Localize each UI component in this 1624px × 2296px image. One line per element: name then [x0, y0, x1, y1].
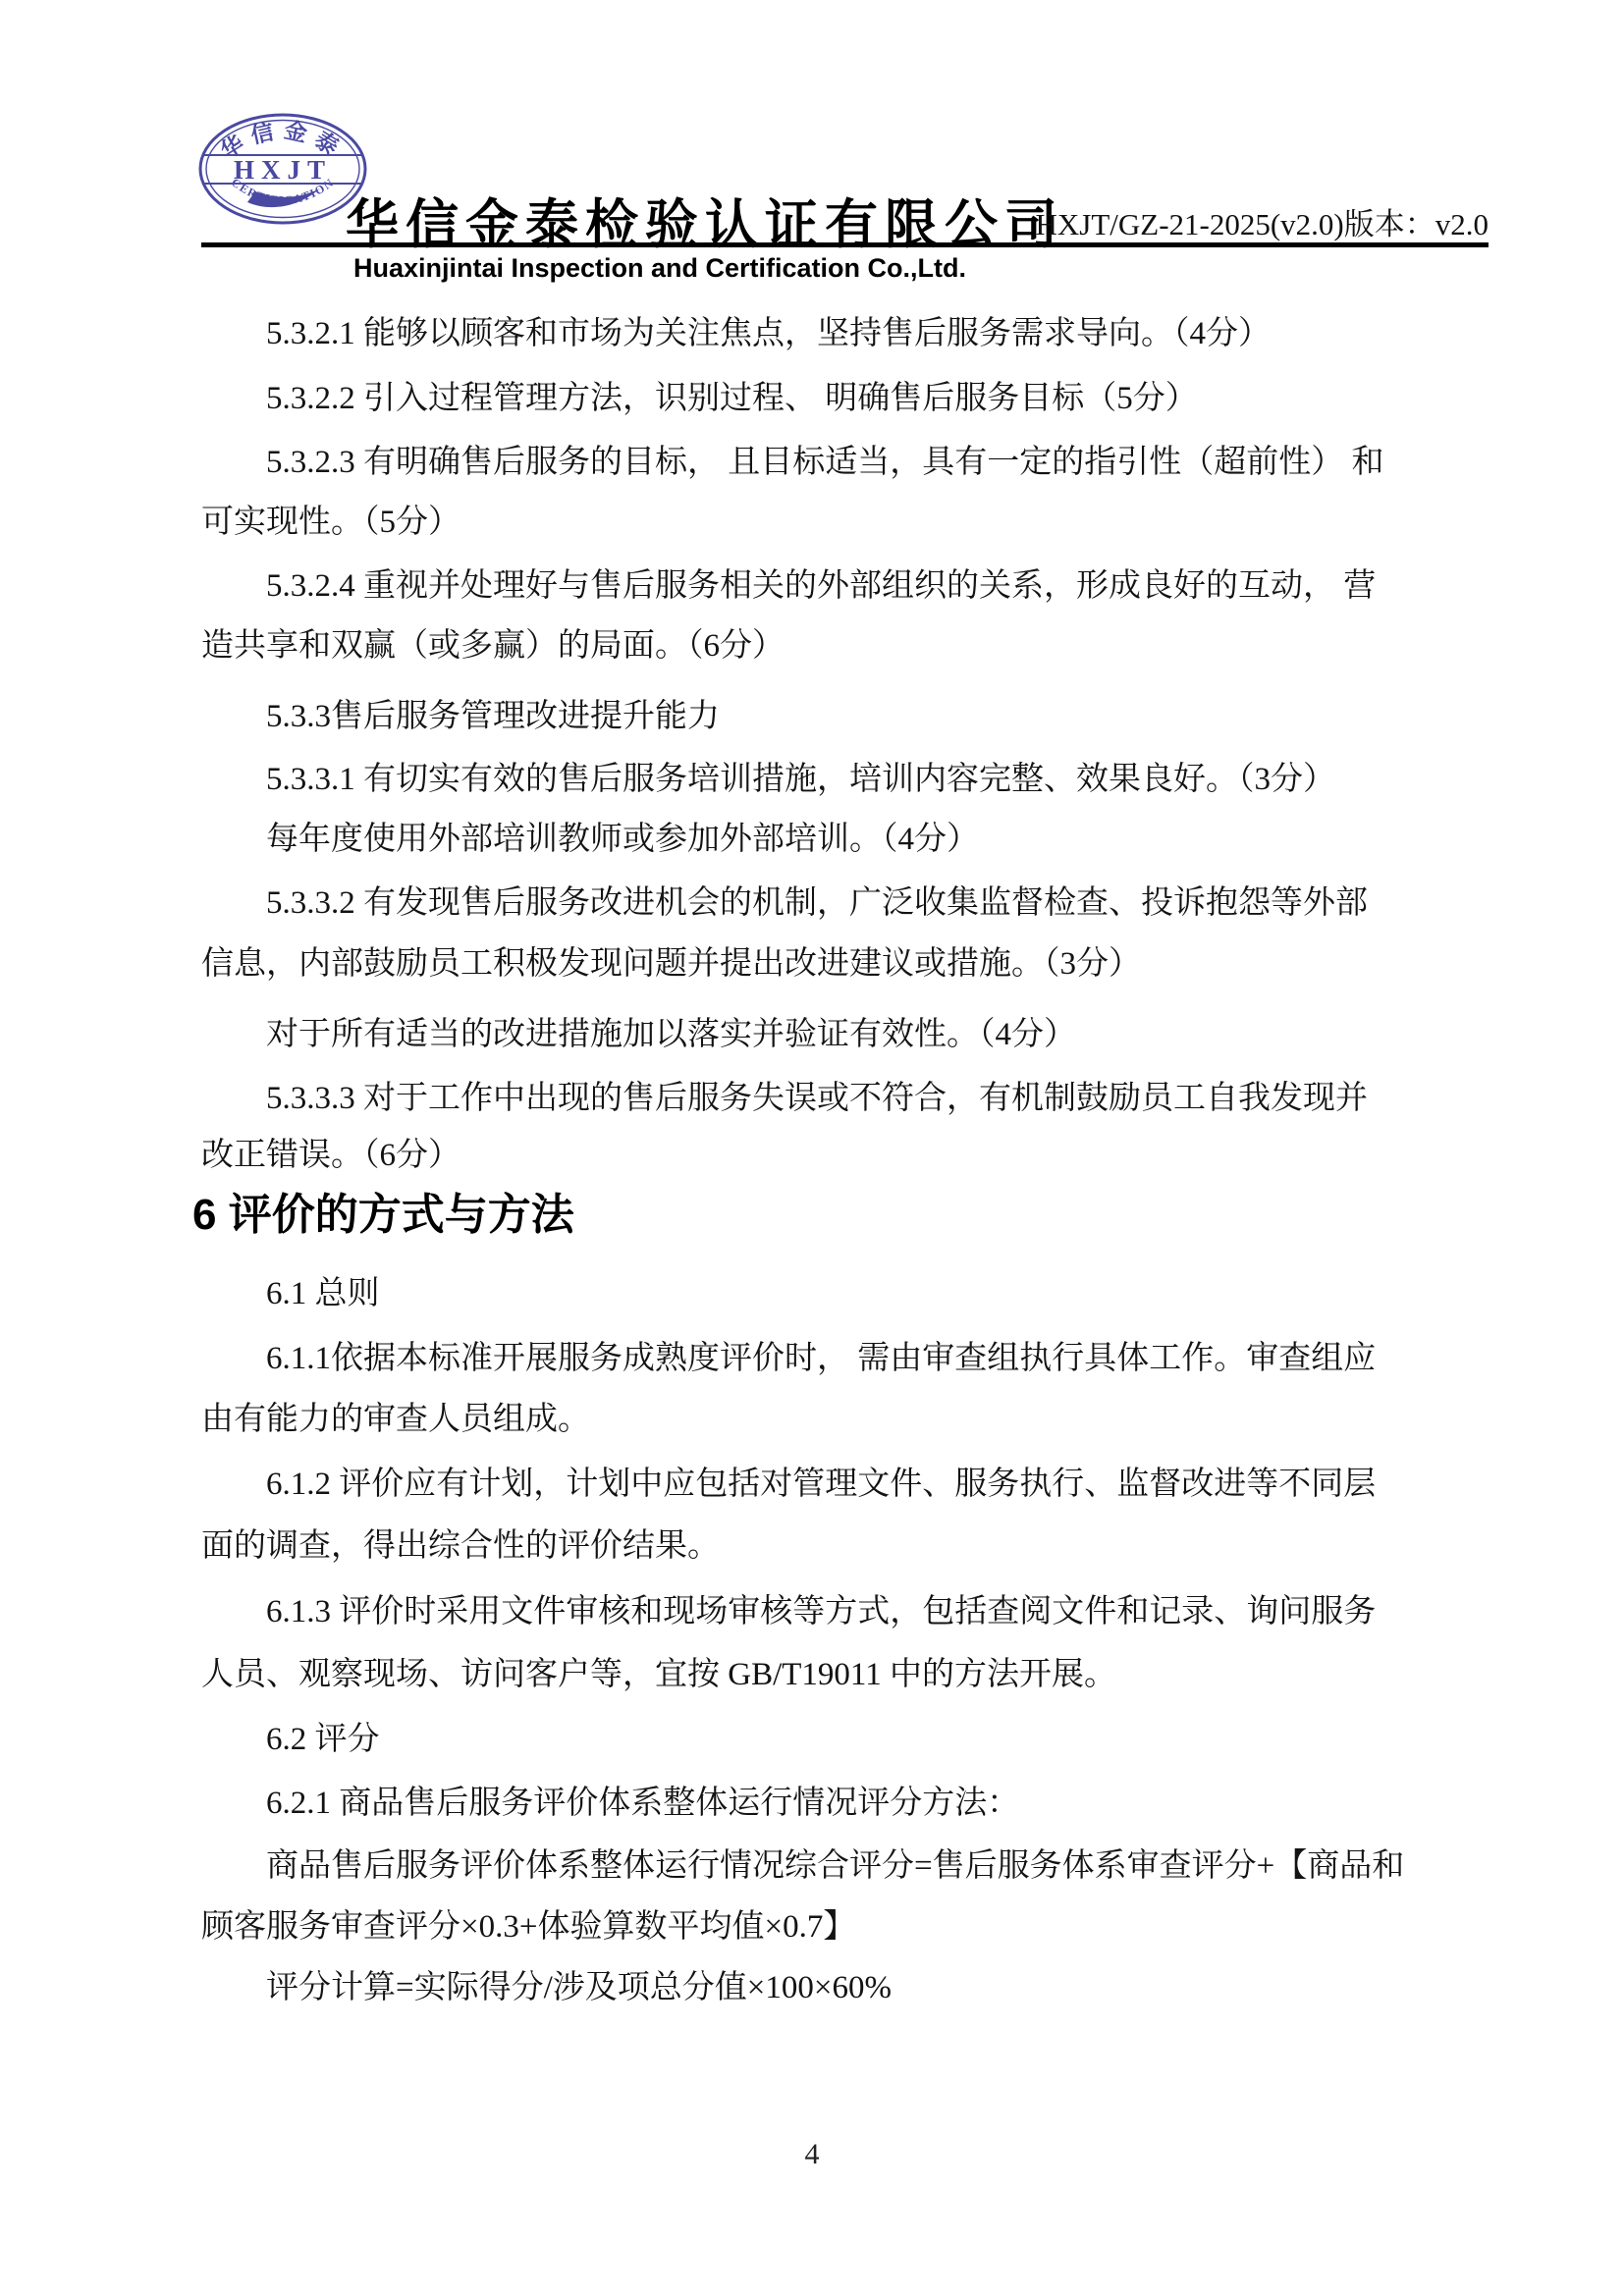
paragraph-line: 对于所有适当的改进措施加以落实并验证有效性。（4分） — [201, 1013, 1557, 1062]
page-number: 4 — [0, 2138, 1624, 2171]
paragraph-line: 5.3.2.3 有明确售后服务的目标， 且目标适当，具有一定的指引性（超前性） … — [201, 441, 1557, 490]
paragraph-line: 商品售后服务评价体系整体运行情况综合评分=售后服务体系审查评分+【商品和 — [201, 1844, 1557, 1894]
paragraph-line: 每年度使用外部培训教师或参加外部培训。（4分） — [201, 818, 1557, 867]
section-heading: 6 评价的方式与方法 — [192, 1190, 1484, 1241]
document-page: 华信金泰 HXJT CERTIFICATION 华信金泰检验认证有限公司 HXJ… — [0, 0, 1624, 2296]
paragraph-line: 6.1.2 评价应有计划，计划中应包括对管理文件、服务执行、监督改进等不同层 — [201, 1463, 1557, 1512]
paragraph-line: 信息，内部鼓励员工积极发现问题并提出改进建议或措施。（3分） — [201, 942, 1492, 991]
doc-number: HXJT/GZ-21-2025(v2.0)版本：v2.0 — [1035, 199, 1489, 243]
paragraph-line: 6.1.1依据本标准开展服务成熟度评价时， 需由审查组执行具体工作。审查组应 — [201, 1337, 1557, 1386]
paragraph-line: 5.3.3.3 对于工作中出现的售后服务失误或不符合，有机制鼓励员工自我发现并 — [201, 1077, 1557, 1126]
paragraph-line: 可实现性。（5分） — [201, 501, 1492, 550]
paragraph-line: 5.3.3.2 有发现售后服务改进机会的机制，广泛收集监督检查、投诉抱怨等外部 — [201, 881, 1557, 931]
paragraph-line: 评分计算=实际得分/涉及项总分值×100×60% — [201, 1966, 1557, 2015]
paragraph-line: 由有能力的审查人员组成。 — [201, 1398, 1492, 1447]
paragraph-line: 5.3.3售后服务管理改进提升能力 — [201, 695, 1557, 744]
paragraph-line: 6.2.1 商品售后服务评价体系整体运行情况评分方法： — [201, 1782, 1557, 1831]
paragraph-line: 6.1 总则 — [201, 1272, 1557, 1321]
company-name-en: Huaxinjintai Inspection and Certificatio… — [346, 253, 974, 284]
paragraph-line: 6.2 评分 — [201, 1718, 1557, 1767]
paragraph-line: 人员、观察现场、访问客户等，宜按 GB/T19011 中的方法开展。 — [201, 1653, 1492, 1702]
paragraph-line: 5.3.2.1 能够以顾客和市场为关注焦点，坚持售后服务需求导向。（4分） — [201, 312, 1557, 361]
paragraph-line: 5.3.2.4 重视并处理好与售后服务相关的外部组织的关系，形成良好的互动， 营 — [201, 564, 1557, 614]
paragraph-line: 造共享和双赢（或多赢）的局面。（6分） — [201, 624, 1492, 673]
paragraph-line: 改正错误。（6分） — [201, 1134, 1492, 1183]
paragraph-line: 6.1.3 评价时采用文件审核和现场审核等方式，包括查阅文件和记录、询问服务 — [201, 1590, 1557, 1639]
paragraph-line: 面的调查，得出综合性的评价结果。 — [201, 1524, 1492, 1574]
header-rule — [201, 242, 1489, 247]
paragraph-line: 顾客服务审查评分×0.3+体验算数平均值×0.7】 — [201, 1905, 1492, 1954]
paragraph-line: 5.3.3.1 有切实有效的售后服务培训措施，培训内容完整、效果良好。（3分） — [201, 758, 1557, 807]
company-logo-seal: 华信金泰 HXJT CERTIFICATION — [196, 112, 369, 226]
logo-abbr: HXJT — [234, 155, 332, 185]
paragraph-line: 5.3.2.2 引入过程管理方法，识别过程、 明确售后服务目标（5分） — [201, 377, 1557, 426]
